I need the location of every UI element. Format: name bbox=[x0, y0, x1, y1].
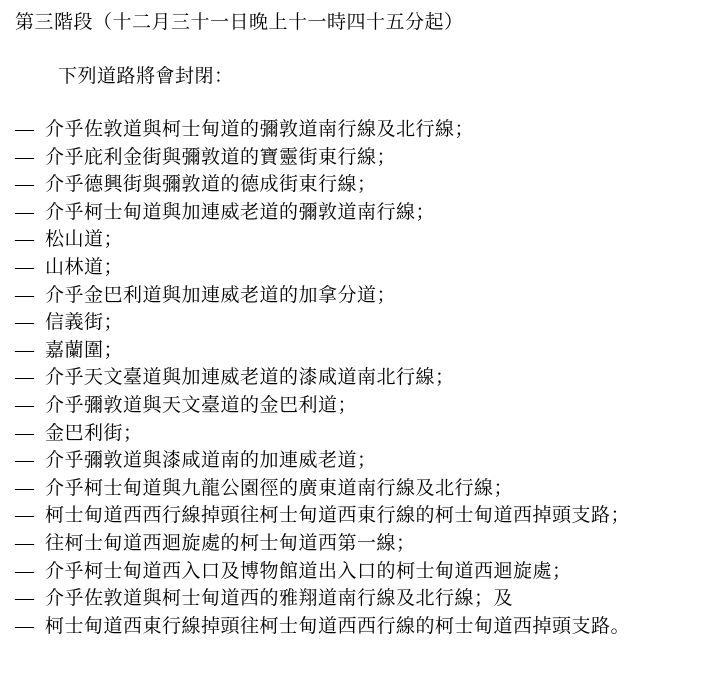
list-item-text: 介乎柯士甸道與九龍公園徑的廣東道南行線及北行線； bbox=[45, 478, 513, 500]
list-item: —介乎彌敦道與天文臺道的金巴利道； bbox=[15, 395, 708, 423]
list-item: —介乎德興街與彌敦道的德成街東行線； bbox=[15, 174, 708, 202]
list-item: —柯士甸道西西行線掉頭往柯士甸道西東行線的柯士甸道西掉頭支路； bbox=[15, 505, 708, 533]
list-item-text: 山林道； bbox=[45, 257, 123, 279]
list-item: —柯士甸道西東行線掉頭往柯士甸道西西行線的柯士甸道西掉頭支路。 bbox=[15, 616, 708, 644]
list-item-text: 介乎庇利金街與彌敦道的寶靈街東行線； bbox=[45, 147, 396, 169]
list-item-dash: — bbox=[15, 423, 45, 445]
list-item-dash: — bbox=[15, 450, 45, 472]
list-item-dash: — bbox=[15, 616, 45, 638]
list-item-text: 介乎金巴利道與加連威老道的加拿分道； bbox=[45, 285, 396, 307]
list-item-dash: — bbox=[15, 367, 45, 389]
page-title: 第三階段（十二月三十一日晚上十一時四十五分起） bbox=[15, 12, 708, 34]
list-item-text: 介乎柯士甸道與加連威老道的彌敦道南行線； bbox=[45, 202, 435, 224]
list-item-text: 介乎彌敦道與天文臺道的金巴利道； bbox=[45, 395, 357, 417]
list-item: —金巴利街； bbox=[15, 423, 708, 451]
list-item-dash: — bbox=[15, 533, 45, 555]
list-item-dash: — bbox=[15, 588, 45, 610]
list-item: —山林道； bbox=[15, 257, 708, 285]
list-item-dash: — bbox=[15, 561, 45, 583]
list-item-dash: — bbox=[15, 478, 45, 500]
list-item-text: 介乎佐敦道與柯士甸道西的雅翔道南行線及北行線；及 bbox=[45, 588, 513, 610]
list-item-text: 介乎佐敦道與柯士甸道的彌敦道南行線及北行線； bbox=[45, 119, 474, 141]
list-item-dash: — bbox=[15, 257, 45, 279]
list-item: —介乎佐敦道與柯士甸道西的雅翔道南行線及北行線；及 bbox=[15, 588, 708, 616]
closed-roads-list: —介乎佐敦道與柯士甸道的彌敦道南行線及北行線； —介乎庇利金街與彌敦道的寶靈街東… bbox=[15, 119, 708, 643]
list-item-text: 金巴利街； bbox=[45, 423, 143, 445]
list-item-text: 介乎德興街與彌敦道的德成街東行線； bbox=[45, 174, 377, 196]
list-item-dash: — bbox=[15, 147, 45, 169]
list-item: —往柯士甸道西迴旋處的柯士甸道西第一線； bbox=[15, 533, 708, 561]
list-item-dash: — bbox=[15, 174, 45, 196]
list-item-dash: — bbox=[15, 119, 45, 141]
list-item-text: 柯士甸道西東行線掉頭往柯士甸道西西行線的柯士甸道西掉頭支路。 bbox=[45, 616, 630, 638]
list-item-text: 信義街； bbox=[45, 312, 123, 334]
list-item-text: 往柯士甸道西迴旋處的柯士甸道西第一線； bbox=[45, 533, 416, 555]
list-item-dash: — bbox=[15, 285, 45, 307]
list-item-dash: — bbox=[15, 312, 45, 334]
list-item: —介乎天文臺道與加連威老道的漆咸道南北行線； bbox=[15, 367, 708, 395]
list-item: —松山道； bbox=[15, 229, 708, 257]
list-item-dash: — bbox=[15, 395, 45, 417]
list-item: —介乎金巴利道與加連威老道的加拿分道； bbox=[15, 285, 708, 313]
list-item-text: 柯士甸道西西行線掉頭往柯士甸道西東行線的柯士甸道西掉頭支路； bbox=[45, 505, 630, 527]
list-item: —介乎柯士甸道與九龍公園徑的廣東道南行線及北行線； bbox=[15, 478, 708, 506]
list-item-text: 介乎天文臺道與加連威老道的漆咸道南北行線； bbox=[45, 367, 455, 389]
list-item-dash: — bbox=[15, 340, 45, 362]
list-item-dash: — bbox=[15, 505, 45, 527]
list-item-text: 松山道； bbox=[45, 229, 123, 251]
list-item: —嘉蘭圍； bbox=[15, 340, 708, 368]
list-item-dash: — bbox=[15, 229, 45, 251]
list-item: —介乎庇利金街與彌敦道的寶靈街東行線； bbox=[15, 147, 708, 175]
list-item: —介乎佐敦道與柯士甸道的彌敦道南行線及北行線； bbox=[15, 119, 708, 147]
intro-text: 下列道路將會封閉： bbox=[58, 66, 708, 88]
list-item-text: 介乎彌敦道與漆咸道南的加連威老道； bbox=[45, 450, 377, 472]
list-item: —介乎彌敦道與漆咸道南的加連威老道； bbox=[15, 450, 708, 478]
list-item: —介乎柯士甸道與加連威老道的彌敦道南行線； bbox=[15, 202, 708, 230]
list-item-text: 嘉蘭圍； bbox=[45, 340, 123, 362]
list-item-text: 介乎柯士甸道西入口及博物館道出入口的柯士甸道西迴旋處； bbox=[45, 561, 572, 583]
list-item: —信義街； bbox=[15, 312, 708, 340]
road-closure-notice: 第三階段（十二月三十一日晚上十一時四十五分起） 下列道路將會封閉： —介乎佐敦道… bbox=[0, 0, 718, 677]
list-item-dash: — bbox=[15, 202, 45, 224]
list-item: —介乎柯士甸道西入口及博物館道出入口的柯士甸道西迴旋處； bbox=[15, 561, 708, 589]
